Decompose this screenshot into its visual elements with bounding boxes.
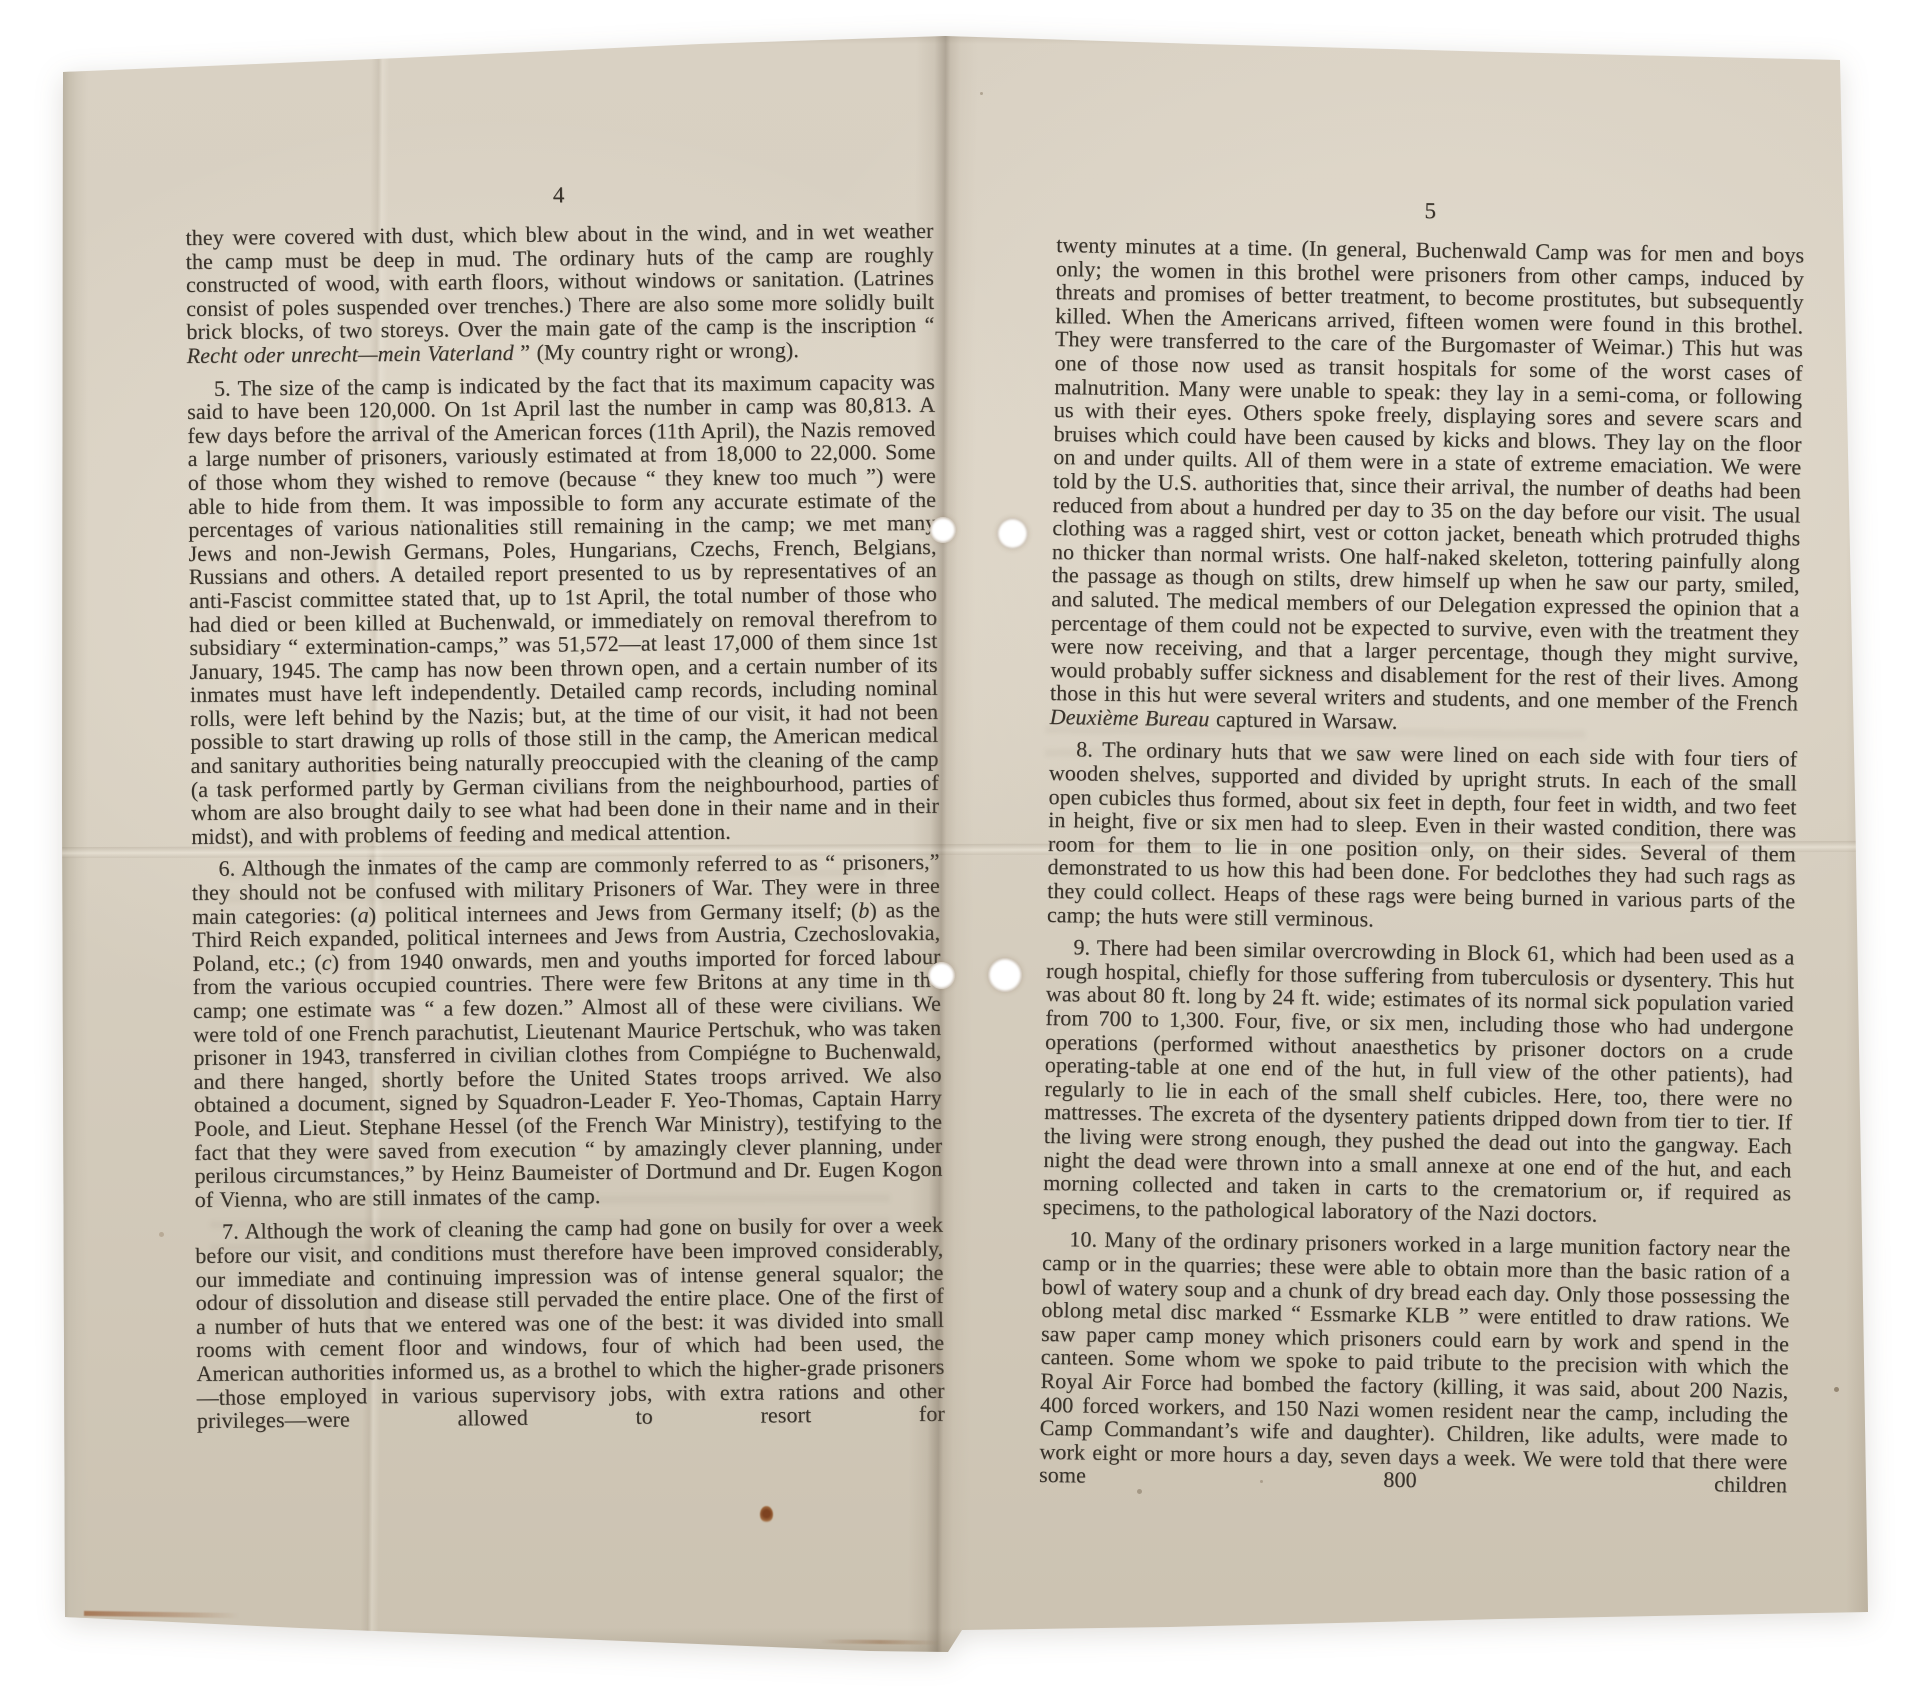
gutter-fold (907, 28, 978, 1696)
page-5-text: twenty minutes at a time. (In general, B… (1039, 233, 1804, 1497)
italic-text: a (358, 902, 369, 927)
paragraph: 8. The ordinary huts that we saw were li… (1047, 737, 1798, 936)
booklet-spread: 4 they were covered with dust, which ble… (60, 28, 1872, 1668)
body-text: ” (My country right or wrong). (514, 337, 799, 365)
italic-text: b (858, 897, 869, 922)
paper-specks (60, 28, 63, 31)
page-4: 4 they were covered with dust, which ble… (185, 179, 945, 1442)
page-5: 5 twenty minutes at a time. (In general,… (1039, 193, 1805, 1506)
page-4-number: 4 (185, 179, 933, 211)
page-4-text: they were covered with dust, which blew … (185, 219, 945, 1433)
punch-hole-bottom-left (928, 962, 955, 989)
punch-hole-top-left (930, 517, 956, 543)
paragraph: 7. Although the work of cleaning the cam… (195, 1213, 945, 1433)
italic-text: Recht oder unrecht—mein Vaterland (187, 340, 514, 368)
punch-hole-bottom-right (988, 958, 1022, 992)
paragraph: 5. The size of the camp is indicated by … (187, 369, 939, 848)
italic-text: Deuxième Bureau (1050, 704, 1210, 731)
body-text: they were covered with dust, which blew … (185, 218, 934, 345)
paragraph: 6. Although the inmates of the camp are … (191, 850, 942, 1211)
body-text: 10. Many of the ordinary prisoners worke… (1039, 1227, 1791, 1498)
page-5-number: 5 (1057, 193, 1805, 228)
bottom-edge-shading (60, 1628, 1872, 1668)
body-text: 8. The ordinary huts that we saw were li… (1047, 737, 1798, 931)
paragraph: 10. Many of the ordinary prisoners worke… (1039, 1227, 1791, 1497)
body-text: twenty minutes at a time. (In general, B… (1050, 232, 1805, 716)
punch-hole-top-right (997, 518, 1028, 549)
body-text: 7. Although the work of cleaning the cam… (195, 1212, 945, 1433)
body-text: 9. There had been similar overcrowding i… (1043, 935, 1795, 1227)
body-text: captured in Warsaw. (1209, 706, 1397, 734)
paragraph: they were covered with dust, which blew … (185, 219, 934, 368)
booklet-shadow-wrap: 4 they were covered with dust, which ble… (0, 0, 1920, 1696)
photo-background: { "colors": { "background": "#ffffff", "… (0, 0, 1920, 1696)
italic-text: c (322, 949, 332, 974)
paragraph: twenty minutes at a time. (In general, B… (1050, 233, 1805, 739)
rust-stain (760, 1506, 773, 1523)
bottom-edge-rust-stain (84, 1611, 239, 1618)
paragraph: 9. There had been similar overcrowding i… (1043, 935, 1795, 1229)
body-text: ) from 1940 onwards, men and youths impo… (193, 944, 943, 1212)
body-text: 5. The size of the camp is indicated by … (187, 368, 939, 848)
